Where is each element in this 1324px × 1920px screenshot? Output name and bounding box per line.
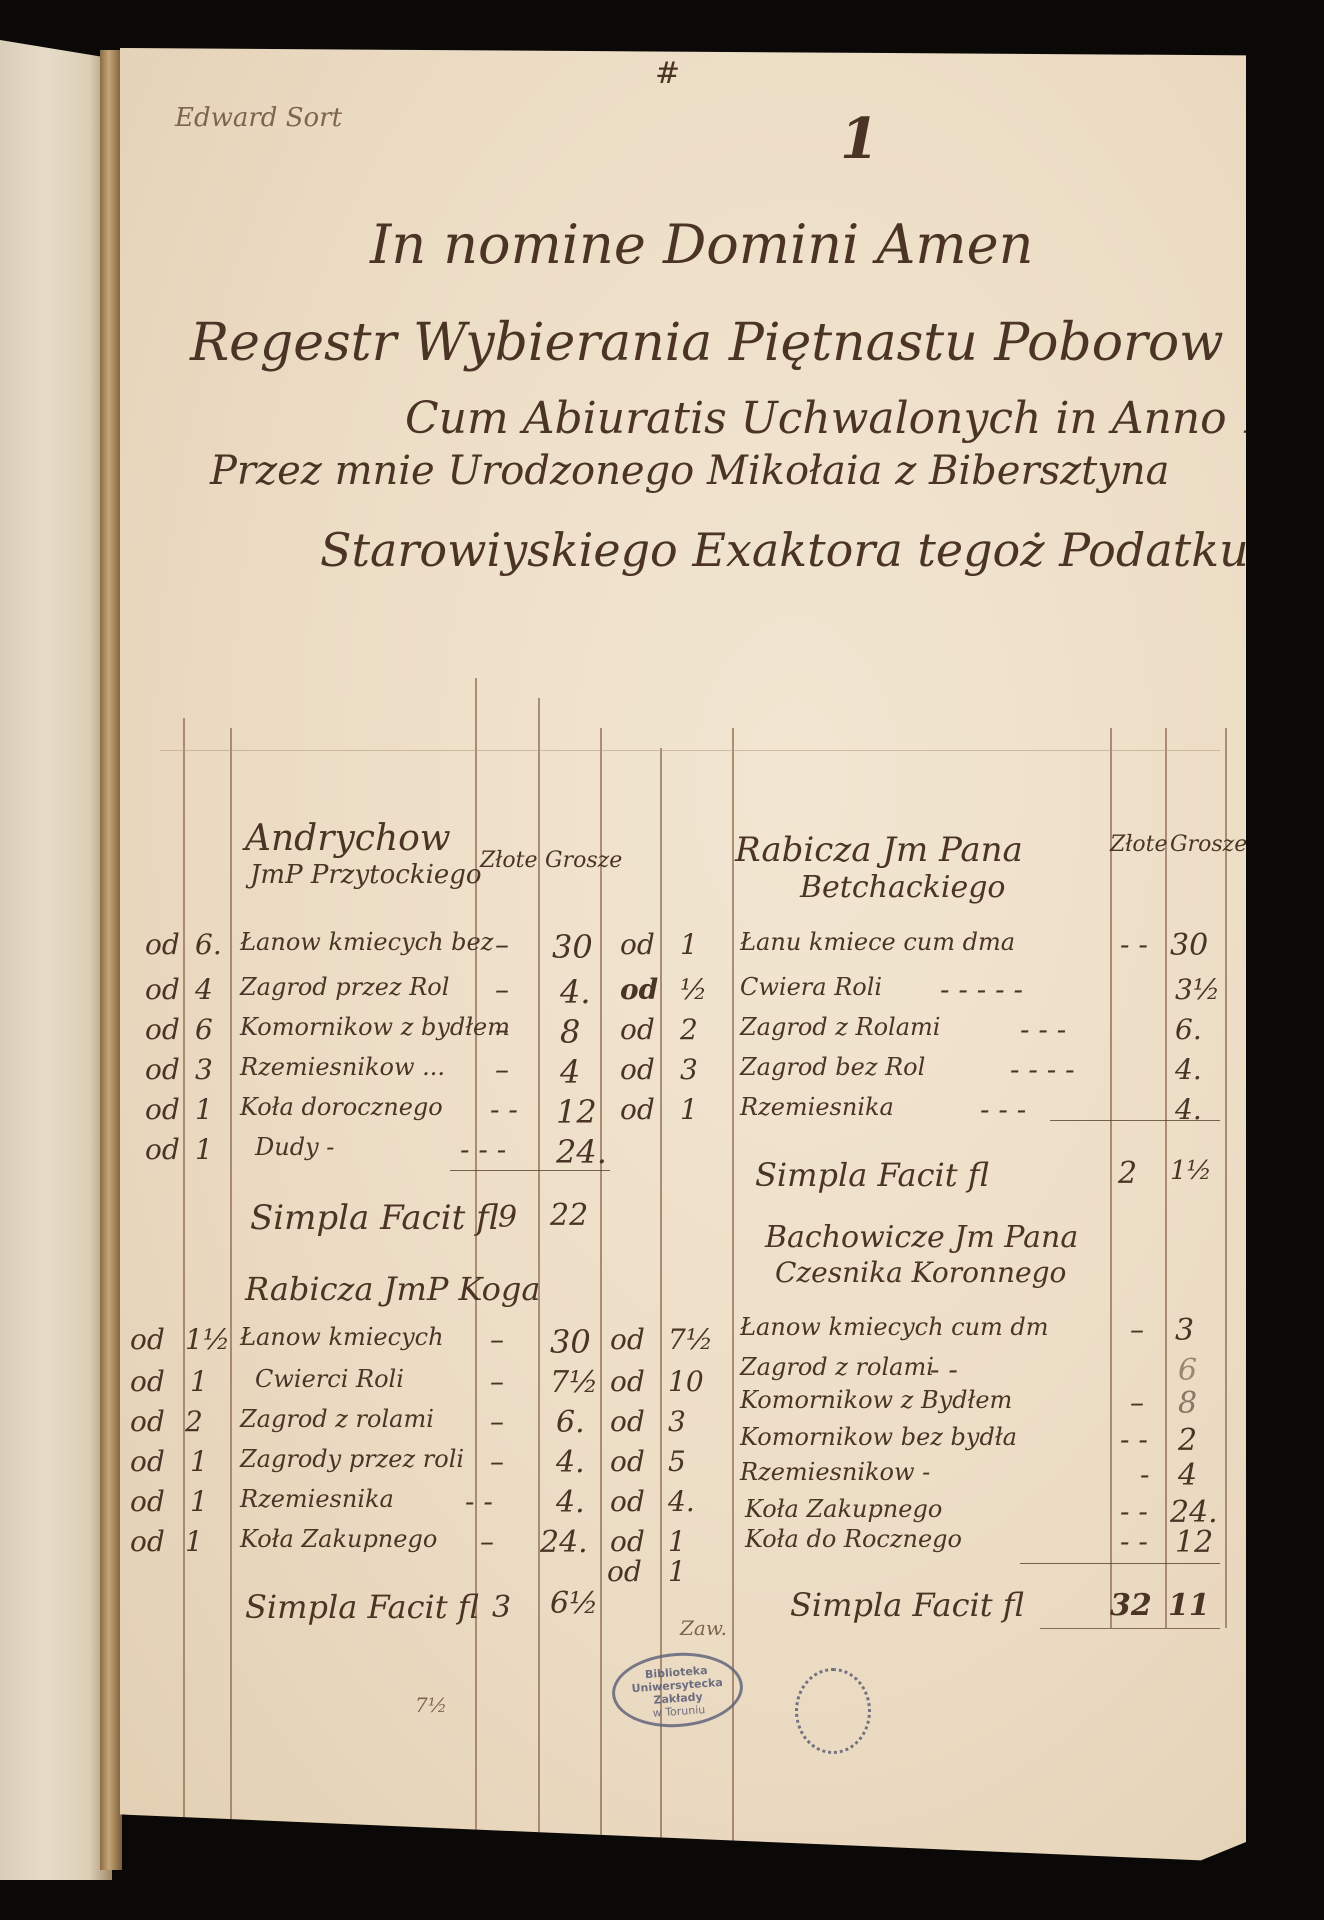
grosze: 30 bbox=[552, 928, 593, 966]
grosze: 12 bbox=[556, 1093, 597, 1131]
manuscript-page: # 1 Edward Sort In nomine Domini Amen Re… bbox=[120, 48, 1246, 1888]
od-label: od bbox=[145, 1053, 180, 1086]
item: Cwiera Roli bbox=[740, 973, 882, 1001]
subtotal-label: Simpla Facit fl bbox=[755, 1156, 989, 1194]
column-rule bbox=[230, 728, 232, 1858]
hash-mark: # bbox=[655, 56, 680, 91]
od-label: od bbox=[130, 1525, 165, 1558]
section-title: Andrychow bbox=[245, 818, 451, 859]
faded-stamp bbox=[795, 1668, 871, 1754]
grosze: 6. bbox=[556, 1405, 585, 1440]
dash: – bbox=[490, 1445, 504, 1478]
middle-note: Zaw. bbox=[680, 1616, 727, 1640]
od-label: od bbox=[145, 1093, 180, 1126]
dash: - - - bbox=[460, 1133, 506, 1166]
dash: - bbox=[1140, 1458, 1149, 1491]
subtotal-label: Simpla Facit fl bbox=[245, 1588, 479, 1626]
od-label: od bbox=[145, 1013, 180, 1046]
dash: - - bbox=[1120, 1525, 1148, 1558]
dash: – bbox=[495, 928, 509, 961]
grosze: 3 bbox=[1175, 1313, 1194, 1348]
item: Koła dorocznego bbox=[240, 1093, 443, 1121]
column-rule bbox=[1165, 728, 1167, 1628]
item: Zagrod przez Rol bbox=[240, 973, 449, 1001]
item: Rzemiesnikow ... bbox=[240, 1053, 445, 1081]
dash: – bbox=[480, 1525, 494, 1558]
heading-line-5: Starowiyskiego Exaktora tegoż Podatku bbox=[320, 523, 1249, 577]
dash: - - - - - bbox=[940, 973, 1023, 1006]
subtotal-zlote: 32 bbox=[1110, 1588, 1152, 1623]
grosze: 2 bbox=[1178, 1423, 1197, 1458]
grosze: 12 bbox=[1175, 1525, 1213, 1560]
od-label: od bbox=[620, 973, 658, 1006]
subtotal-label: Simpla Facit fl bbox=[250, 1198, 499, 1238]
qty: 10 bbox=[668, 1365, 704, 1398]
dash: - - bbox=[465, 1485, 493, 1518]
od-label: od bbox=[130, 1405, 165, 1438]
grosze: 24. bbox=[540, 1525, 588, 1560]
qty: 3 bbox=[680, 1053, 698, 1086]
item: Łanow kmiecych bbox=[240, 1323, 444, 1351]
subtotal-zlote: 9 bbox=[498, 1200, 517, 1235]
item: Komornikow z Bydłem bbox=[740, 1386, 1012, 1414]
qty: 1 bbox=[668, 1525, 686, 1558]
dash: - - bbox=[930, 1353, 958, 1386]
subtotal-rule bbox=[1040, 1628, 1220, 1629]
item: Komornikow bez bydła bbox=[740, 1423, 1017, 1451]
item: Zagrody przez roli bbox=[240, 1445, 464, 1473]
qty: 1 bbox=[195, 1133, 213, 1166]
marginal-note: Edward Sort bbox=[175, 103, 342, 133]
od-label: od bbox=[130, 1445, 165, 1478]
od-label: od bbox=[610, 1485, 645, 1518]
item: Rzemiesnikow - bbox=[740, 1458, 930, 1486]
dash: - - bbox=[1120, 1495, 1148, 1528]
item: Koła Zakupnego bbox=[745, 1495, 942, 1523]
left-page-edge bbox=[0, 40, 112, 1880]
grosze: 4 bbox=[560, 1053, 580, 1091]
subtotal-grosze: 11 bbox=[1168, 1588, 1210, 1623]
section-title: Rabicza JmP Koga bbox=[245, 1270, 540, 1308]
qty: 3 bbox=[668, 1405, 686, 1438]
dash: - - - - bbox=[1010, 1053, 1075, 1086]
item: Cwierci Roli bbox=[255, 1365, 404, 1393]
item: Łanu kmiece cum dma bbox=[740, 928, 1015, 956]
qty: 3 bbox=[195, 1053, 213, 1086]
od-label: od bbox=[145, 1133, 180, 1166]
item: Rzemiesnika bbox=[740, 1093, 894, 1121]
grosze: 4. bbox=[1175, 1053, 1202, 1086]
subtotal-grosze: 22 bbox=[550, 1198, 588, 1233]
section-subtitle: JmP Przytockiego bbox=[250, 860, 482, 890]
column-rule bbox=[1225, 728, 1227, 1628]
od-label: od bbox=[145, 928, 180, 961]
section-subtitle: Betchackiego bbox=[800, 870, 1005, 905]
column-rule bbox=[1110, 728, 1112, 1628]
col-header-grosze: Grosze bbox=[1170, 832, 1247, 857]
item: Koła Zakupnego bbox=[240, 1525, 437, 1553]
grosze: 6. bbox=[1175, 1013, 1202, 1046]
od-label: od bbox=[130, 1323, 165, 1356]
header-rule bbox=[160, 750, 1220, 751]
grosze: 4 bbox=[1178, 1458, 1197, 1493]
grosze: 8 bbox=[560, 1013, 580, 1051]
column-rule bbox=[475, 678, 477, 1858]
grosze: 4. bbox=[560, 973, 591, 1011]
grosze: 4. bbox=[1175, 1093, 1202, 1126]
dash: – bbox=[490, 1323, 504, 1356]
folio-number: 1 bbox=[840, 106, 879, 172]
item: Łanow kmiecych bez bbox=[240, 928, 493, 956]
heading-line-3: Cum Abiuratis Uchwalonych in Anno 1699 bbox=[405, 393, 1324, 444]
qty: 4 bbox=[195, 973, 213, 1006]
dash: – bbox=[495, 973, 509, 1006]
item: Zagrod z rolami bbox=[740, 1353, 934, 1381]
od-label: od bbox=[620, 1013, 655, 1046]
col-header-zlote: Złote bbox=[1110, 832, 1168, 857]
od-label: od bbox=[130, 1365, 165, 1398]
dash: – bbox=[1130, 1386, 1144, 1419]
item: Komornikow z bydłem bbox=[240, 1013, 510, 1041]
subtotal-label: Simpla Facit fl bbox=[790, 1586, 1024, 1624]
qty: 4. bbox=[668, 1485, 695, 1518]
grosze: 30 bbox=[1170, 928, 1208, 963]
footnote: 7½ bbox=[415, 1693, 447, 1717]
qty: 1 bbox=[680, 928, 698, 961]
heading-line-4: Przez mnie Urodzonego Mikołaia z Bibersz… bbox=[210, 448, 1169, 494]
od-label: od bbox=[610, 1405, 645, 1438]
dash: - - bbox=[1120, 928, 1148, 961]
dash: – bbox=[1130, 1313, 1144, 1346]
qty: 5 bbox=[668, 1445, 686, 1478]
section-title: Bachowicze Jm Pana bbox=[765, 1220, 1078, 1255]
book-spine bbox=[100, 50, 122, 1870]
col-header-grosze: Grosze bbox=[545, 848, 622, 873]
subtotal-rule bbox=[1020, 1563, 1220, 1564]
item: Dudy - bbox=[255, 1133, 334, 1161]
dash: - - - bbox=[1020, 1013, 1066, 1046]
od-label: od bbox=[607, 1555, 642, 1588]
item: Zagrod z rolami bbox=[240, 1405, 434, 1433]
item: Koła do Rocznego bbox=[745, 1525, 962, 1553]
qty: 1½ bbox=[185, 1323, 230, 1356]
subtotal-zlote: 2 bbox=[1118, 1156, 1137, 1191]
qty: 7½ bbox=[668, 1323, 713, 1356]
grosze: 4. bbox=[556, 1445, 585, 1480]
grosze: 7½ bbox=[550, 1365, 598, 1400]
od-label: od bbox=[610, 1365, 645, 1398]
qty: 1 bbox=[190, 1365, 208, 1398]
qty: 1 bbox=[185, 1525, 203, 1558]
subtotal-rule bbox=[1050, 1120, 1220, 1121]
dash: – bbox=[495, 1053, 509, 1086]
section-title: Rabicza Jm Pana bbox=[735, 830, 1023, 870]
dash: - - bbox=[1120, 1423, 1148, 1456]
grosze: 24. bbox=[556, 1133, 607, 1171]
column-rule bbox=[183, 718, 185, 1858]
col-header-zlote: Złote bbox=[480, 848, 538, 873]
dash: – bbox=[495, 1013, 509, 1046]
od-label: od bbox=[620, 1053, 655, 1086]
subtotal-zlote: 3 bbox=[492, 1590, 511, 1625]
item: Zagrod z Rolami bbox=[740, 1013, 940, 1041]
od-label: od bbox=[610, 1323, 645, 1356]
grosze: 4. bbox=[556, 1485, 585, 1520]
grosze: 8 bbox=[1178, 1386, 1197, 1421]
grosze: 30 bbox=[550, 1323, 591, 1361]
heading-line-1: In nomine Domini Amen bbox=[370, 213, 1033, 276]
qty: 1 bbox=[190, 1485, 208, 1518]
grosze: 3½ bbox=[1175, 973, 1220, 1006]
qty: 2 bbox=[185, 1405, 203, 1438]
item: Zagrod bez Rol bbox=[740, 1053, 925, 1081]
qty: 1 bbox=[190, 1445, 208, 1478]
section-subtitle: Czesnika Koronnego bbox=[775, 1256, 1066, 1289]
od-label: od bbox=[610, 1445, 645, 1478]
subtotal-grosze: 6½ bbox=[550, 1586, 598, 1621]
heading-line-2: Regestr Wybierania Piętnastu Poborow bbox=[190, 313, 1224, 373]
column-rule bbox=[600, 728, 602, 1858]
od-label: od bbox=[620, 928, 655, 961]
od-label: od bbox=[130, 1485, 165, 1518]
qty: 1 bbox=[668, 1555, 686, 1588]
item: Łanow kmiecych cum dm bbox=[740, 1313, 1049, 1341]
dash: - - - bbox=[980, 1093, 1026, 1126]
qty: 1 bbox=[680, 1093, 698, 1126]
item: Rzemiesnika bbox=[240, 1485, 394, 1513]
od-label: od bbox=[610, 1525, 645, 1558]
dash: - - bbox=[490, 1093, 518, 1126]
subtotal-grosze: 1½ bbox=[1170, 1156, 1212, 1186]
qty: 6 bbox=[195, 1013, 213, 1046]
grosze: 6 bbox=[1178, 1353, 1197, 1388]
od-label: od bbox=[620, 1093, 655, 1126]
subtotal-rule bbox=[450, 1170, 610, 1171]
od-label: od bbox=[145, 973, 180, 1006]
dash: – bbox=[490, 1405, 504, 1438]
library-stamp: Biblioteka Uniwersytecka Zakłady w Torun… bbox=[610, 1649, 746, 1732]
qty: ½ bbox=[680, 973, 707, 1006]
qty: 1 bbox=[195, 1093, 213, 1126]
dash: – bbox=[490, 1365, 504, 1398]
qty: 6. bbox=[195, 928, 222, 961]
qty: 2 bbox=[680, 1013, 698, 1046]
